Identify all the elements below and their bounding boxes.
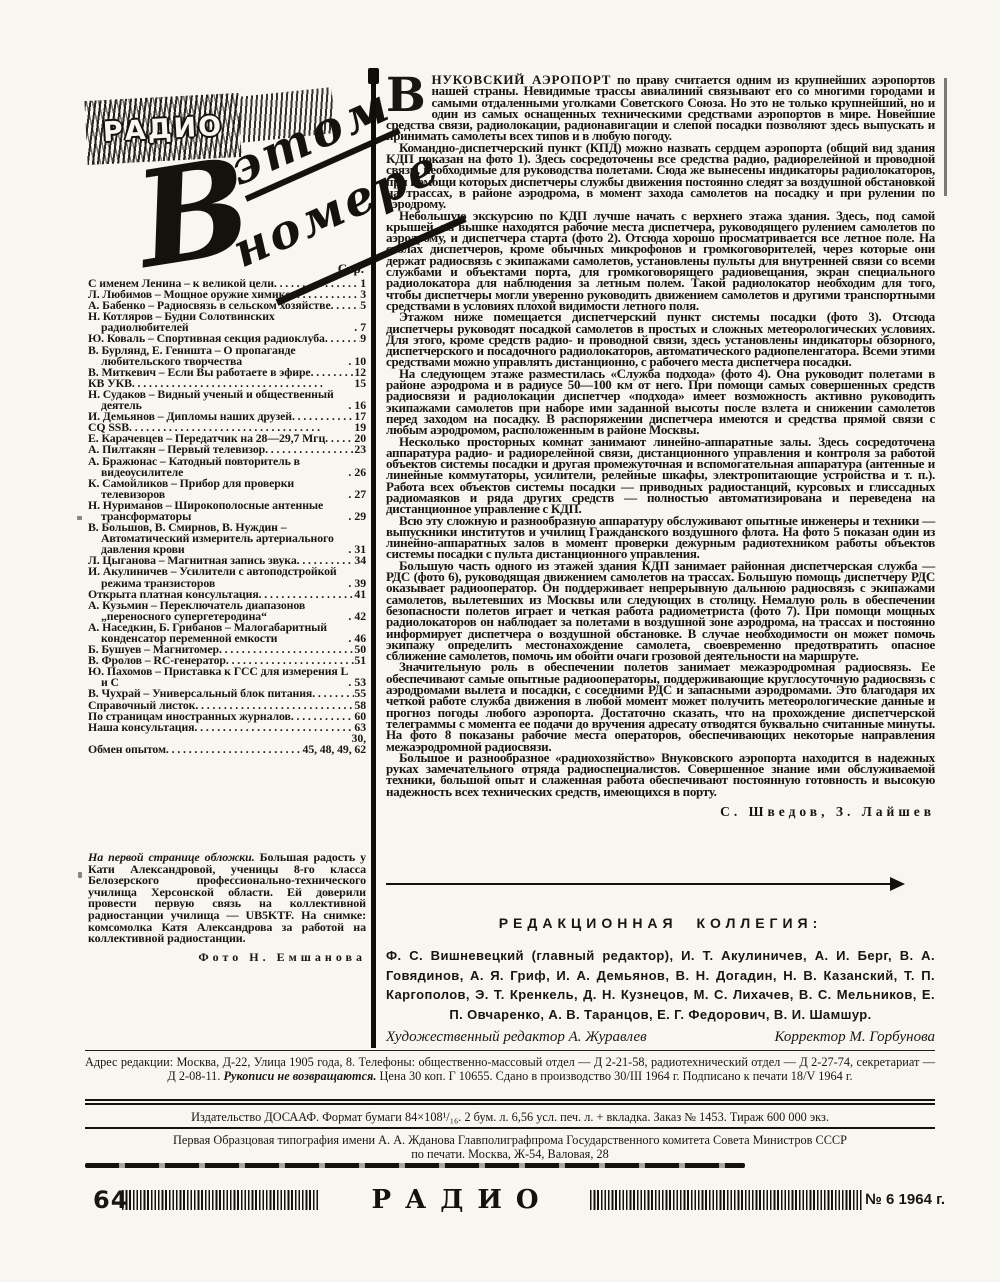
toc-entry: Обмен опытом 30, 45, 48, 49, 62 [88,733,366,755]
toc-entry: Н. Котляров – Будни Солотвинских радиолю… [88,311,366,333]
toc-entry-page: 41 [354,589,366,600]
toc-entry: А. Наседкин, Б. Грибанов – Малогабаритны… [88,622,366,644]
footer-stripe-left [122,1190,318,1210]
toc-entry: Наша консультация 63 [88,722,366,733]
toc-dot-leader [325,433,354,444]
toc-entry: И. Акулиничев – Усилители с автоподстрой… [88,566,366,588]
toc-entry-page: 9 [360,333,366,344]
imprint-publisher: Издательство ДОСААФ. Формат бумаги 84×10… [85,1110,935,1125]
toc-dot-leader [292,411,354,422]
article-paragraph: Всю эту сложную и разнообразную аппарату… [386,515,935,560]
article-paragraph-lead: ВНУКОВСКИЙ АЭРОПОРТ по праву считается о… [386,74,935,142]
toc-dot-leader [291,711,355,722]
toc-entry-page: 42 [354,611,366,622]
footer-brand-radio: РАДИО [330,1185,580,1215]
toc-dot-leader [325,333,360,344]
article-paragraph: Небольшую экскурсию по КДП лучше начать … [386,210,935,312]
toc-entry-page: 34 [354,555,366,566]
cover-note: На первой странице обложки. Большая радо… [88,852,366,963]
article-body: Командно-диспетчерский пункт (КПД) можно… [386,142,935,797]
toc-dot-leader [194,722,354,733]
imprint-rule-double [85,1099,935,1105]
toc-entry-page: 30, 45, 48, 49, 62 [303,733,366,755]
imprint-printer-line2: по печати. Москва, Ж-54, Валовая, 28 [85,1147,935,1161]
article-signature: С. Шведов, З. Лайшев [386,806,935,817]
article-paragraph: Несколько просторных комнат занимают лин… [386,436,935,515]
toc-entry-title: Н. Котляров – Будни Солотвинских радиолю… [88,311,354,333]
toc-entry-page: 15 [354,378,366,389]
toc-entry-title: В. Большов, В. Смирнов, В. Нуждин – Авто… [88,522,348,555]
table-of-contents: С именем Ленина – к великой цели 1 Л. Лю… [88,278,366,755]
imprint-printer: Первая Образцовая типография имени А. А.… [85,1133,935,1161]
arrow-divider-head [890,877,905,891]
toc-entry: В. Большов, В. Смирнов, В. Нуждин – Авто… [88,522,366,555]
toc-entry: К. Самойликов – Прибор для проверки теле… [88,478,366,500]
imprint-manuscripts-note: Рукописи не возвращаются. [223,1069,376,1083]
toc-entry-title: К. Самойликов – Прибор для проверки теле… [88,478,348,500]
toc-entry-page: 51 [354,655,366,666]
toc-entry-title: А. Бражюнас – Катодный повторитель в вид… [88,456,348,478]
toc-dot-leader [166,744,303,755]
toc-entry-title: Обмен опытом [88,744,166,755]
toc-entry-page: 27 [354,489,366,500]
dropcap-letter: В [386,74,431,115]
toc-entry: Н. Судаков – Видный ученый и общественны… [88,389,366,411]
column-divider-rule [371,70,376,1048]
toc-entry-title: Н. Судаков – Видный ученый и общественны… [88,389,348,411]
scan-edge-artifact [944,78,947,196]
scan-speck [77,516,82,520]
article-vnukovo-airport: ВНУКОВСКИЙ АЭРОПОРТ по праву считается о… [386,74,935,817]
toc-entry-title: Н. Нуриманов – Широкополосные антенные т… [88,500,348,522]
imprint-printer-line1: Первая Образцовая типография имени А. А.… [85,1133,935,1147]
toc-entry: Ю. Пахомов – Приставка к ГСС для измерен… [88,666,366,688]
toc-entry: А. Бражюнас – Катодный повторитель в вид… [88,456,366,478]
cover-note-text: Большая радость у Кати Александровой, уч… [88,850,366,945]
article-lead-text: по праву считается одним из крупнейших а… [386,72,935,143]
toc-entry: И. Демьянов – Дипломы наших друзей 17 [88,411,366,422]
article-paragraph: Командно-диспетчерский пункт (КПД) можно… [386,142,935,210]
proofreader-credit: Корректор М. Горбунова [774,1029,935,1046]
imprint-address-part2: Цена 30 коп. Г 10655. Сдано в производст… [376,1069,852,1083]
imprint-rule-thin [85,1050,935,1051]
toc-entry-title: Наша консультация [88,722,194,733]
article-paragraph: Большое и разнообразное «радиохозяйство»… [386,752,935,797]
photo-credit: Фото Н. Емшанова [88,952,366,964]
toc-entry-page: 23 [354,444,366,455]
arrow-divider-line [386,883,892,885]
toc-entry-page: 5 [360,300,366,311]
toc-entry-page: 26 [354,467,366,478]
article-paragraph: Значительную роль в обеспечении полетов … [386,661,935,751]
magazine-page: РАДИО В этом номере Стр. С именем Ленина… [0,0,1000,1282]
toc-dot-leader [331,300,361,311]
art-editor-credit: Художественный редактор А. Журавлев [386,1029,647,1046]
imprint-rule-thick [85,1127,935,1129]
article-paragraph: Этажом ниже помещается диспетчерский пун… [386,311,935,367]
scan-speck [78,872,82,878]
toc-dot-leader [312,688,354,699]
toc-entry-page: 29 [354,511,366,522]
toc-entry-title: В. Бурлянд, Е. Геништа – О пропаганде лю… [88,345,348,367]
footer-stripe-right [590,1190,862,1210]
toc-entry-title: Ю. Пахомов – Приставка к ГСС для измерен… [88,666,348,688]
toc-page-column-header: Стр. [88,261,364,277]
toc-dot-leader [311,367,355,378]
toc-entry: А. Кузьмин – Переключатель диапазонов „п… [88,600,366,622]
toc-dot-leader [219,644,354,655]
imprint-rule-rough [85,1163,745,1168]
editorial-board-heading: РЕДАКЦИОННАЯ КОЛЛЕГИЯ: [386,915,935,931]
editorial-board-names: Ф. С. Вишневецкий (главный редактор), И.… [386,946,935,1024]
issue-number: № 6 1964 г. [845,1191,945,1208]
editorial-roles-row: Художественный редактор А. Журавлев Корр… [386,1029,935,1046]
article-paragraph: Большую часть одного из этажей здания КД… [386,560,935,662]
toc-entry-title: И. Акулиничев – Усилители с автоподстрой… [88,566,348,588]
toc-entry: Н. Нуриманов – Широкополосные антенные т… [88,500,366,522]
article-paragraph: На следующем этаже разместилась «Служба … [386,368,935,436]
toc-entry-title: А. Наседкин, Б. Грибанов – Малогабаритны… [88,622,348,644]
toc-entry: В. Бурлянд, Е. Геништа – О пропаганде лю… [88,345,366,367]
toc-entry-title: А. Кузьмин – Переключатель диапазонов „п… [88,600,348,622]
imprint-address: Адрес редакции: Москва, Д-22, Улица 1905… [85,1056,935,1083]
